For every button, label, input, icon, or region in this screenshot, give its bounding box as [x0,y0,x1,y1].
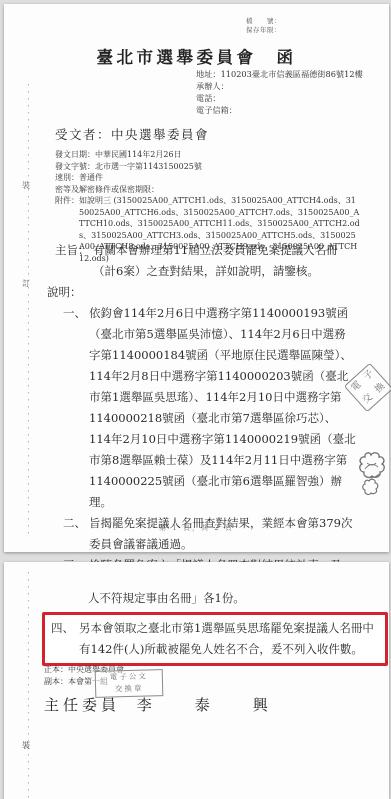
email-line: 電子信箱： [196,104,372,116]
binding-char: 裝 [22,180,30,191]
address-line: 地址：110203臺北市信義區福德街86號12樓 [196,68,372,80]
doc-number-line: 發文字號：北市選一字第1143150025號 [55,161,360,173]
binding-char: 訂 [22,278,30,289]
stamp-char: 子 [362,369,376,383]
page-2: 裝 人不符規定事由名冊」各1份。 四、 另本會領取之臺北市第1選舉區吳思瑤罷免案… [4,562,389,799]
security-line: 密等及解密條件或保密期限： [55,184,360,196]
binding-line [28,84,29,534]
issue-date-line: 發文日期：中華民國114年2月26日 [55,149,360,161]
contact-block: 地址：110203臺北市信義區福德街86號12樓 承辦人： 電話： 電子信箱： [196,68,372,116]
seam-seal-stamp [355,451,387,503]
screenshot-root: 裝 訂 檔 號： 保存年限： 臺北市選舉委員會 函 地址：110203臺北市信義… [0,0,391,799]
subject-row: 主旨： 有關本會辦理第11屆立法委員罷免案提議人名冊（計6案）之查對結果，詳如說… [55,240,357,282]
chairperson-signature: 主任委員 李 泰 興 [44,694,282,715]
stamp-char: 換 [373,381,387,395]
subject-text: 有關本會辦理第11屆立法委員罷免案提議人名冊（計6案）之查對結果，詳如說明，請鑒… [93,240,357,282]
chair-name: 李 泰 興 [137,696,282,714]
item-number: 四、 [51,618,79,660]
explanation-item-1: 一、 依鈞會114年2月6日中選務字第1140000193號函（臺北市第5選舉區… [63,303,357,513]
explanation-label: 說明： [47,282,357,303]
continuation-text: 人不符規定事由名冊」各1份。 [88,590,245,606]
handler-line: 承辦人： [196,80,372,92]
stamp-char: 電 [350,380,364,394]
item-number: 二、 [63,513,89,555]
chair-title: 主任委員 [44,696,120,714]
item-text: 旨揭罷免案提議人名冊查對結果，業經本會第379次委員會議審議通過。 [89,513,357,555]
letter-body: 主旨： 有關本會辦理第11屆立法委員罷免案提議人名冊（計6案）之查對結果，詳如說… [55,240,357,597]
binding-line [28,572,29,799]
document-title: 臺北市選舉委員會 函 [4,44,389,68]
recipient-line: 受文者：中央選舉委員會 [55,125,209,143]
binding-char: 裝 [22,740,30,751]
phone-line: 電話： [196,92,372,104]
archive-block: 檔 號： 保存年限： [246,17,281,35]
retention-label: 保存年限： [246,26,281,35]
explanation-item-2: 二、 旨揭罷免案提議人名冊查對結果，業經本會第379次委員會議審議通過。 [63,513,357,555]
page-number-footer: 第 1 頁，共 2 頁 [4,523,389,533]
stamp-char: 交 [361,392,375,406]
item-number: 一、 [63,303,89,513]
subject-label: 主旨： [55,240,93,282]
item-text: 依鈞會114年2月6日中選務字第1140000193號函（臺北市第5選舉區吳沛憶… [89,303,357,513]
item-text: 另本會領取之臺北市第1選舉區吳思瑤罷免案提議人名冊中有142件(人)所載被罷免人… [79,618,379,660]
highlighted-item-4: 四、 另本會領取之臺北市第1選舉區吳思瑤罷免案提議人名冊中有142件(人)所載被… [42,612,388,666]
page-1: 裝 訂 檔 號： 保存年限： 臺北市選舉委員會 函 地址：110203臺北市信義… [4,4,389,552]
speed-line: 速別：普通件 [55,172,360,184]
file-number-label: 檔 號： [246,17,281,26]
